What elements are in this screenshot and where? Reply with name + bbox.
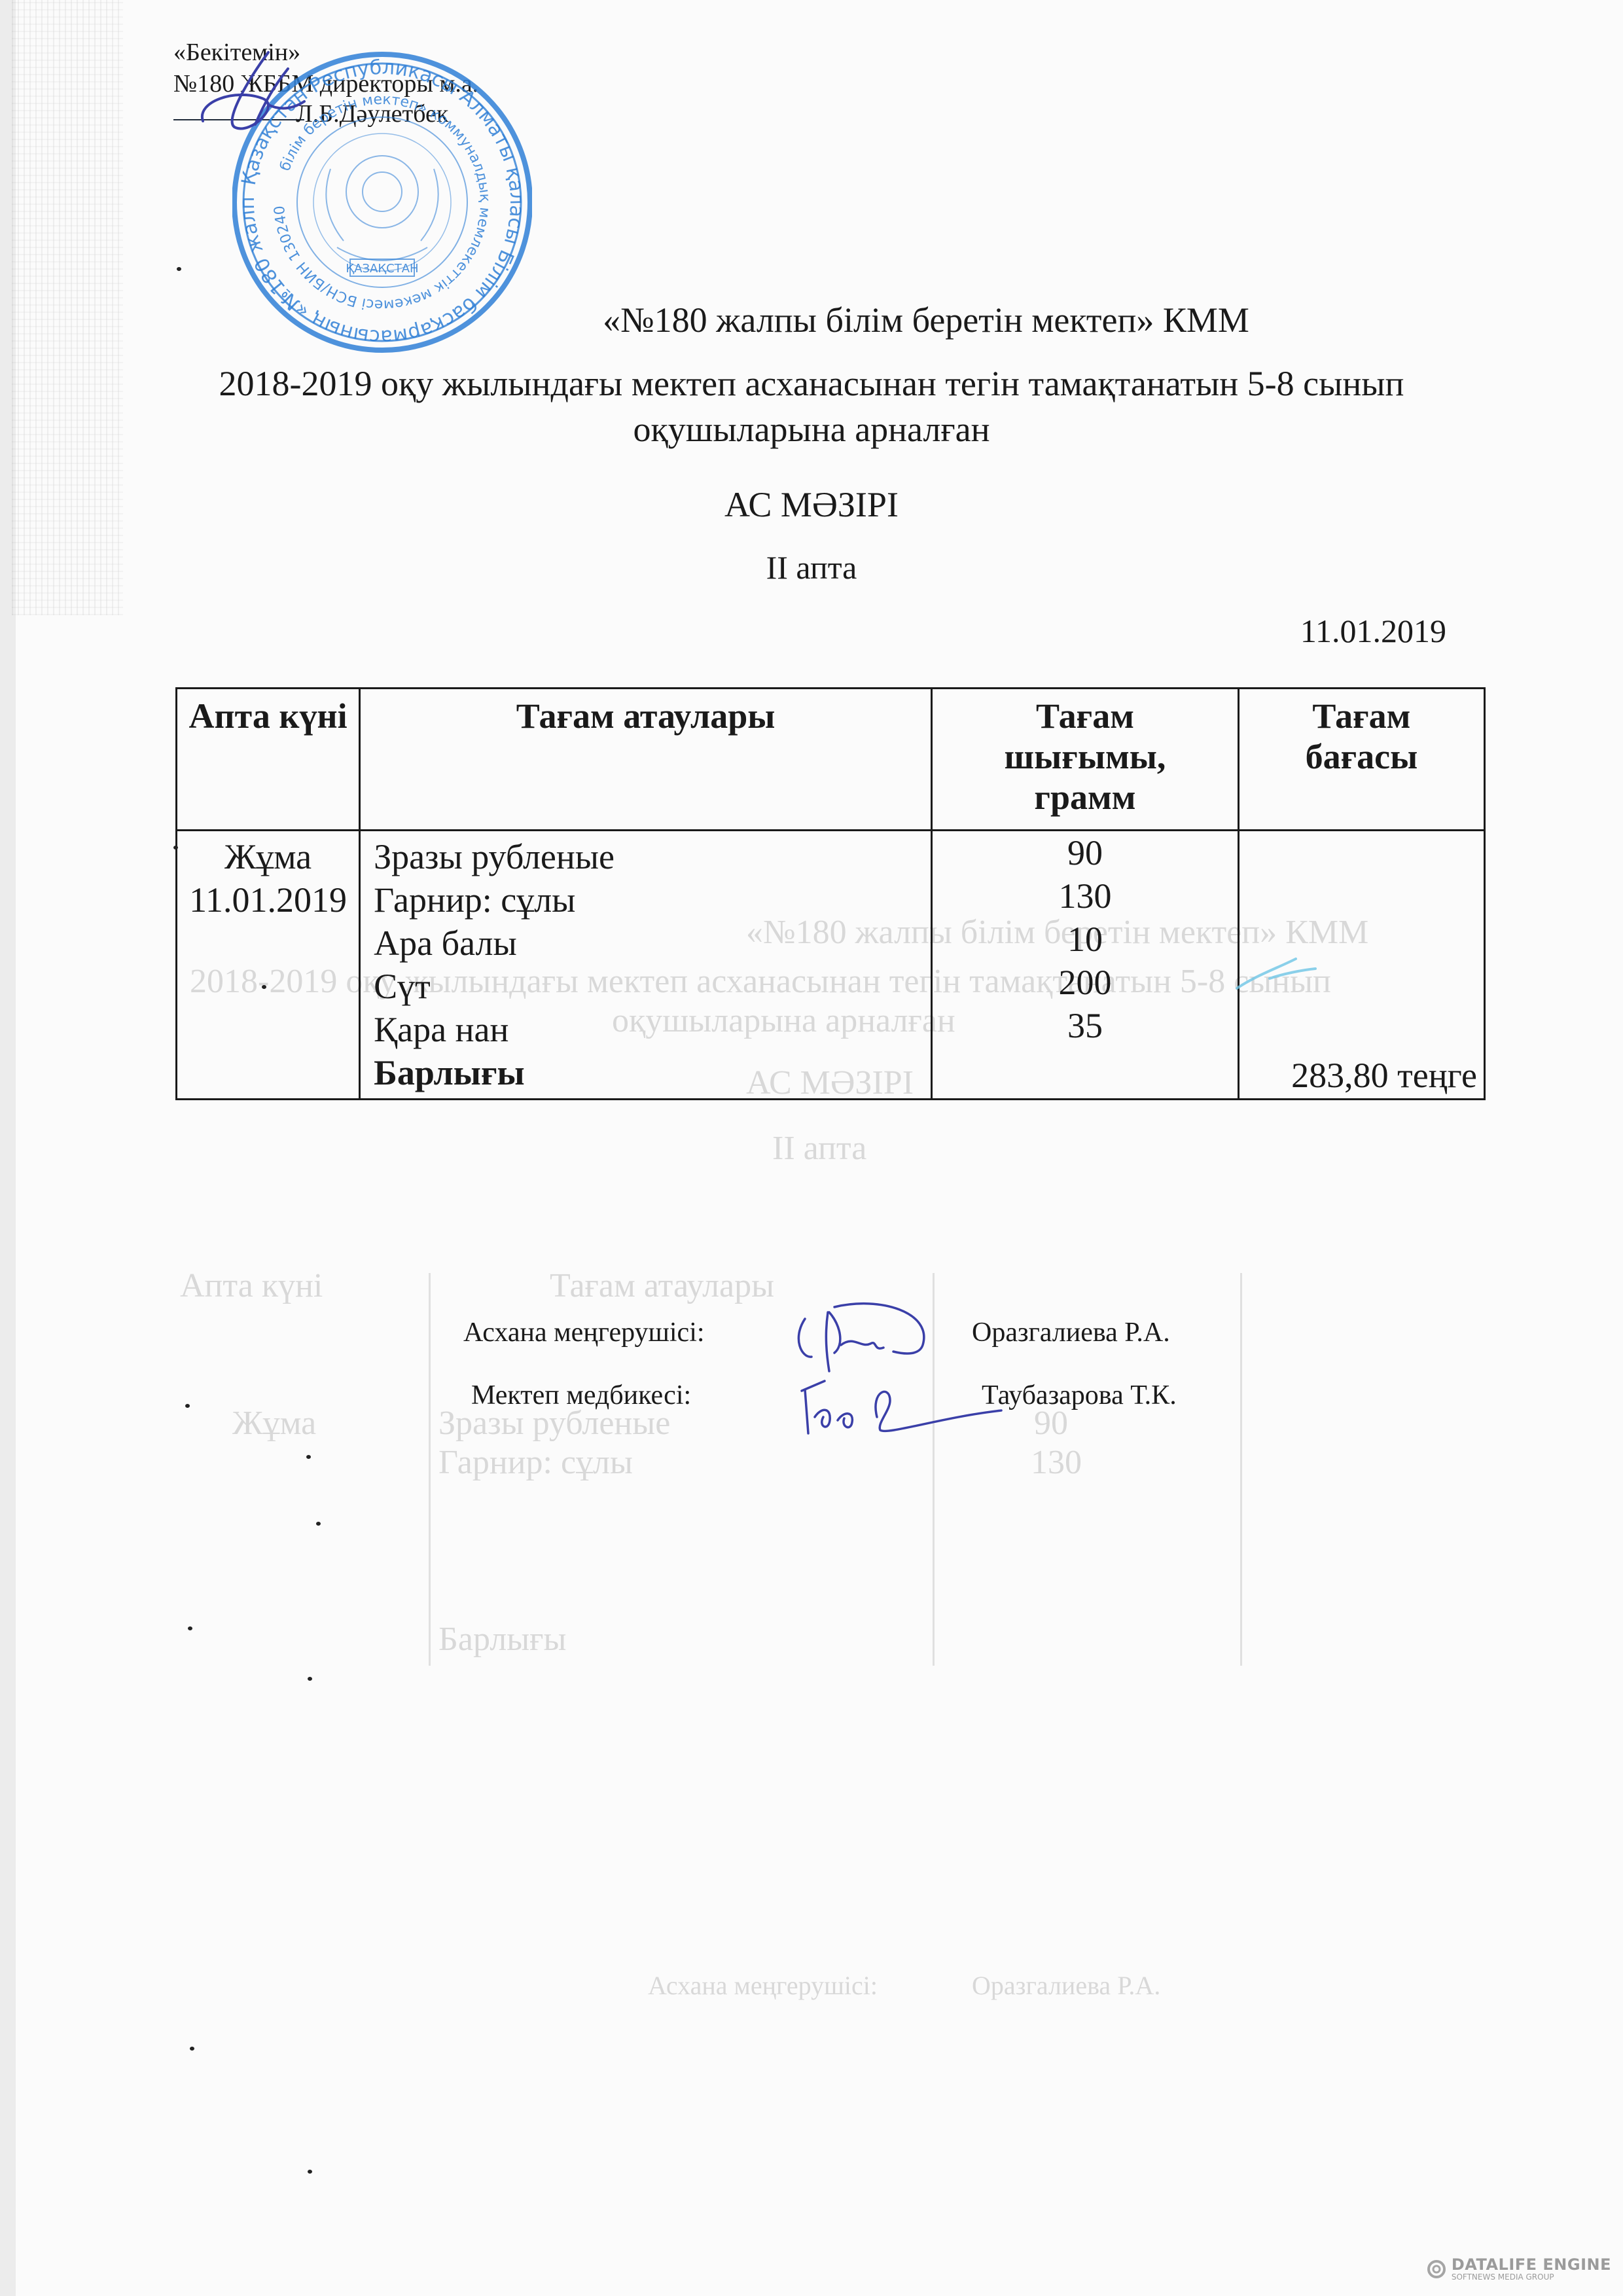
table-header-row: Апта күні Тағам атаулары Тағам шығымы, г… [177,689,1485,831]
day-date: 11.01.2019 [177,878,359,922]
menu-table: Апта күні Тағам атаулары Тағам шығымы, г… [175,687,1486,1100]
column-header-yield: Тағам шығымы, грамм [932,689,1239,831]
dish-grams: 10 [933,918,1238,961]
dish-grams: 35 [933,1004,1238,1047]
datalife-logo-icon [1427,2259,1446,2279]
signature-role-canteen-manager: Асхана меңгерушісі: [463,1317,705,1348]
column-header-price-line: Тағам [1240,696,1484,736]
scan-dot [190,2047,194,2051]
column-header-day: Апта күні [177,689,360,831]
dish-name: Қара нан [374,1008,931,1051]
scan-dot [308,1677,312,1681]
dish-grams: 130 [933,874,1238,918]
scan-dot [308,2170,312,2174]
site-watermark: DATALIFE ENGINE SOFTNEWS MEDIA GROUP [1427,2257,1611,2282]
ghost-line [429,1273,431,1666]
document-date: 11.01.2019 [1300,612,1446,650]
ghost-text: Жұма [232,1404,316,1443]
ghost-text: ІІ апта [772,1129,866,1168]
ghost-text: Гарнир: сұлы [438,1443,633,1482]
scan-dot [188,1626,192,1630]
scan-dot [316,1522,321,1526]
canteen-manager-signature-icon [789,1299,939,1378]
school-nurse-signature-icon [792,1371,1008,1437]
scan-dot [262,985,266,989]
column-header-yield-line: Тағам [933,696,1238,736]
dish-name: Ара балы [374,922,931,965]
total-price: 283,80 теңге [1240,1055,1477,1096]
ghost-text: 130 [1031,1443,1082,1482]
ghost-text: Асхана меңгерушісі: [648,1970,878,2001]
column-header-price: Тағам бағасы [1238,689,1484,831]
ghost-line [1240,1273,1242,1666]
ghost-text: Оразгалиева Р.А. [972,1970,1160,2001]
dish-name: Гарнир: сұлы [374,878,931,922]
document-title: АС МӘЗІРІ [0,484,1623,525]
day-cell: Жұма 11.01.2019 [177,831,360,1100]
watermark-title: DATALIFE ENGINE [1452,2257,1611,2272]
watermark-subtitle: SOFTNEWS MEDIA GROUP [1452,2272,1611,2282]
day-name: Жұма [177,835,359,878]
week-label: ІІ апта [0,548,1623,586]
dish-grams: 90 [933,831,1238,874]
column-header-yield-line: грамм [933,777,1238,817]
dish-name: Зразы рубленые [374,835,931,878]
director-signature-icon [190,39,321,151]
menu-subtitle-line-1: 2018-2019 оқу жылындағы мектеп асханасын… [0,363,1623,404]
yield-cell: 90 130 10 200 35 [932,831,1239,1100]
scan-dot [173,846,178,850]
scan-dot [306,1455,311,1459]
signature-name-school-nurse: Таубазарова Т.К. [982,1380,1177,1411]
column-header-dish-names: Тағам атаулары [360,689,932,831]
dish-names-cell: Зразы рубленые Гарнир: сұлы Ара балы Сүт… [360,831,932,1100]
school-name: «№180 жалпы білім беретін мектеп» КММ [223,300,1623,340]
column-header-yield-line: шығымы, [933,736,1238,777]
column-header-price-line: бағасы [1240,736,1484,777]
signature-name-canteen-manager: Оразгалиева Р.А. [972,1317,1170,1348]
total-label: Барлығы [374,1051,931,1094]
ghost-text: Барлығы [438,1620,566,1659]
ink-mark-icon [1230,949,1322,995]
ghost-text: Апта күні [180,1266,323,1305]
dish-name: Сүт [374,965,931,1008]
scan-dot [185,1404,190,1408]
ghost-text: Тағам атаулары [550,1266,774,1305]
svg-text:ҚАЗАҚСТАН: ҚАЗАҚСТАН [346,262,418,276]
menu-subtitle-line-2: оқушыларына арналған [0,409,1623,450]
dish-grams: 200 [933,961,1238,1004]
scan-dot [177,267,181,271]
signature-role-school-nurse: Мектеп медбикесі: [471,1380,691,1411]
